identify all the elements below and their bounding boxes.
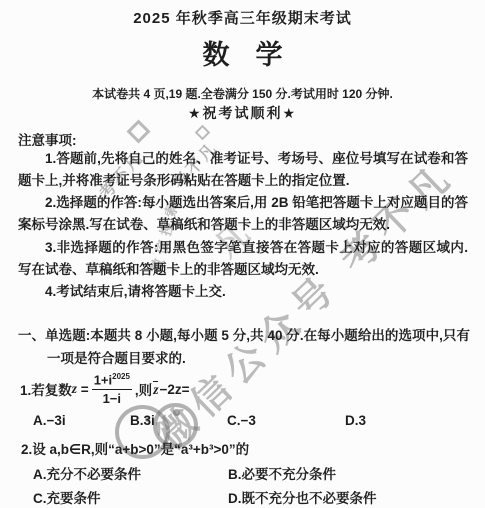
q1-option-a: A.−3i [33, 413, 66, 428]
q2-option-d: D.既不充分也不必要条件 [228, 487, 377, 507]
q1-option-d: D.3 [345, 413, 366, 428]
q1-denominator: 1−i [92, 390, 132, 407]
q2-option-a: A.充分不必要条件 [33, 463, 141, 483]
q1-var-z: z [72, 381, 77, 397]
dot-shape [173, 409, 180, 416]
q1-fraction: 1+i20251−i [92, 372, 132, 407]
exam-title: 2025 年秋季高三年级期末考试 [0, 7, 485, 28]
q1-numerator: 1+i [94, 372, 112, 387]
q1-z-conjugate: z [153, 381, 158, 398]
q1-option-c: C.−3 [227, 413, 256, 428]
watermark-diamond-icon [195, 125, 211, 141]
q1-option-b: B.3i [130, 413, 155, 428]
q1-tail: −2z= [159, 382, 189, 397]
question-1: 1.若复数 z = 1+i20251−i ,则 z−2z= [20, 369, 189, 409]
note-item-3: 3.非选择题的作答:用黑色签字笔直接答在答题卡上对应的答题区域内.写在试卷、草稿… [18, 237, 468, 282]
q2-option-c: C.充要条件 [33, 487, 101, 507]
q1-equals: = [81, 382, 89, 397]
watermark-diamond-icon [126, 119, 150, 143]
subject-title: 数学 [0, 33, 485, 72]
note-item-4: 4.考试结束后,请将答题卡上交. [18, 281, 468, 303]
notes-header: 注意事项: [18, 129, 77, 149]
note-item-2: 2.选择题的作答:每小题选出答案后,用 2B 铅笔把答题卡上对应题目的答案标号涂… [18, 192, 468, 237]
q2-option-b: B.必要不充分条件 [228, 463, 336, 483]
q1-mid: ,则 [135, 379, 152, 399]
exam-info-line: 本试卷共 4 页,19 题.全卷满分 150 分.考试用时 120 分钟. [0, 85, 485, 102]
note-item-1: 1.答题前,先将自己的姓名、准考证号、考场号、座位号填写在试卷和答题卡上,并将准… [18, 148, 468, 193]
section-1-header: 一、单选题:本题共 8 小题,每小题 5 分,共 40 分.在每小题给出的选项中… [18, 324, 470, 370]
q1-exponent: 2025 [112, 372, 130, 381]
wish-line: ★祝考试顺利★ [0, 103, 485, 123]
exam-paper-page: 微信公众号 考不凡 考不凡 考不凡 微信搜索 凡 2025 年秋季高三年级期末考… [0, 0, 485, 508]
q1-text: 1.若复数 [20, 379, 72, 399]
question-2: 2.设 a,b∈R,则“a+b>0”是“a³+b³>0”的 [21, 438, 249, 458]
